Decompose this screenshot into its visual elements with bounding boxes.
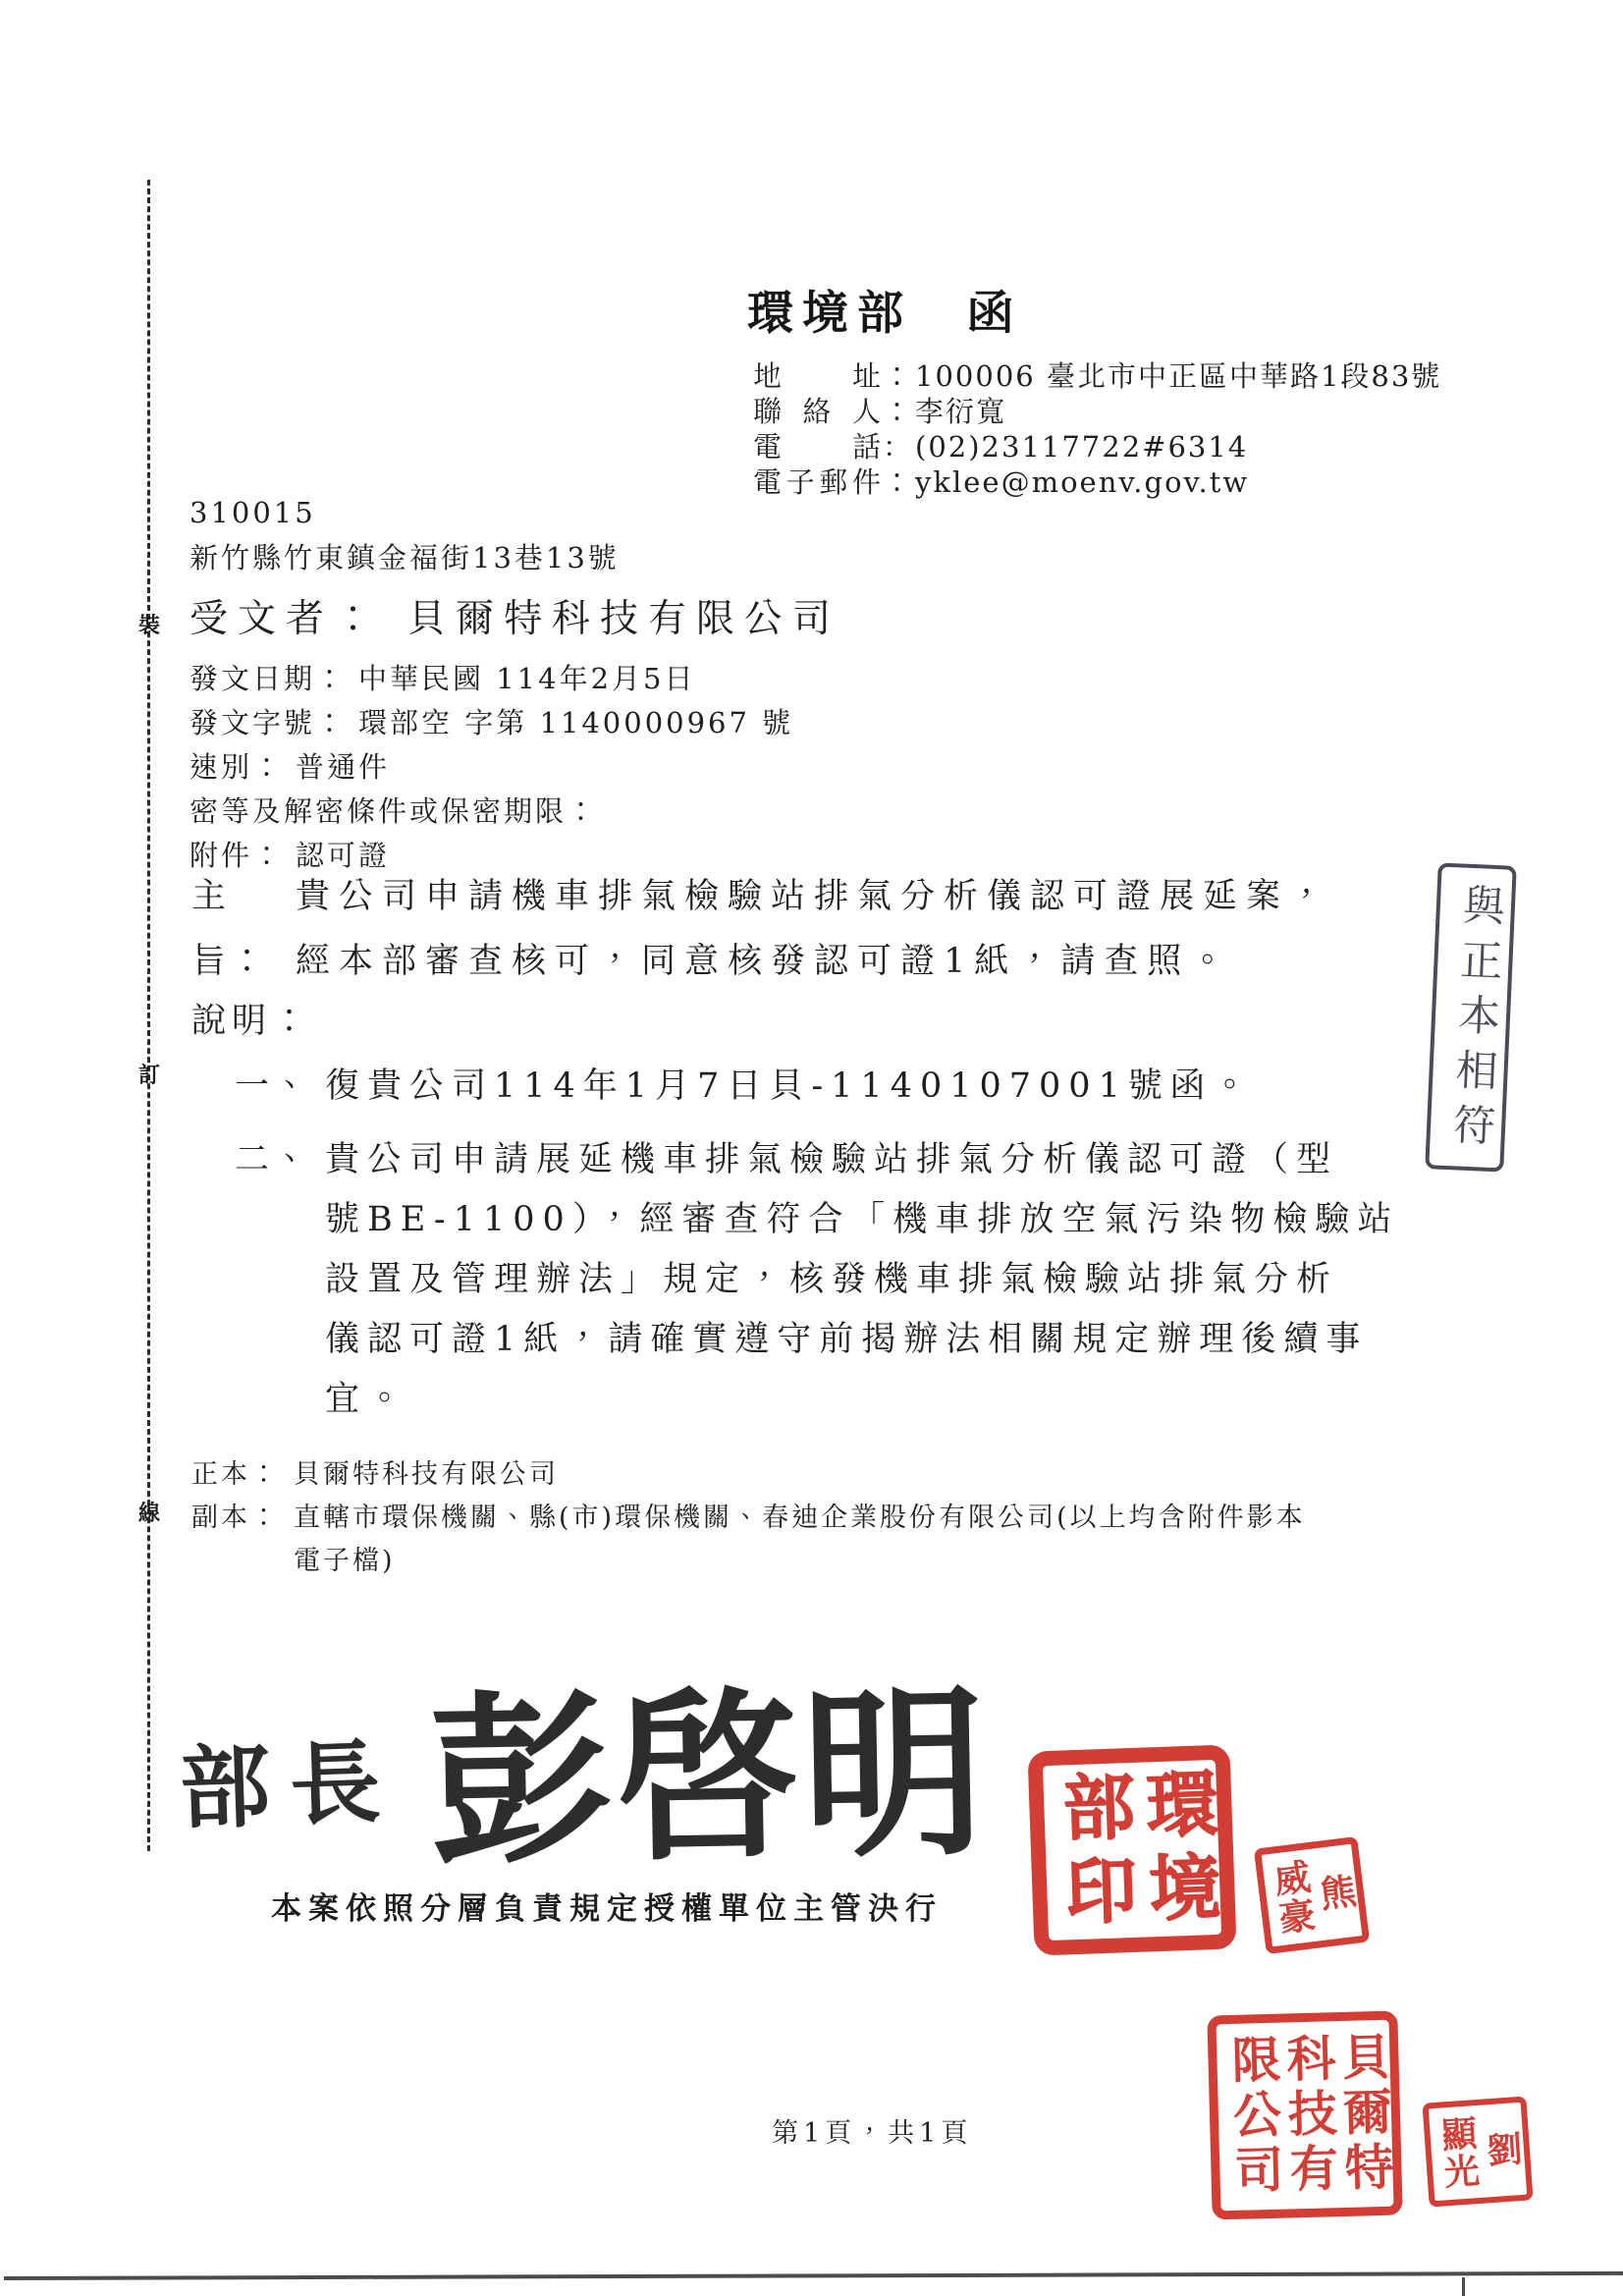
contact-value: yklee@moenv.gov.tw bbox=[915, 465, 1249, 499]
ministry-official-seal: 環境 部印 bbox=[1027, 1744, 1236, 1955]
recipient-postal-code: 310015 bbox=[189, 496, 840, 529]
subject-line: 貴公司申請機車排氣檢驗站排氣分析儀認可證展延案， bbox=[296, 864, 1332, 929]
subject-text: 貴公司申請機車排氣檢驗站排氣分析儀認可證展延案， 經本部審查核可，同意核發認可證… bbox=[296, 864, 1332, 994]
item-line: 儀認可證1紙，請確實遵守前揭辦法相關規定辦理後續事 bbox=[325, 1310, 1399, 1370]
delegation-note: 本案依照分層負責規定授權單位主管決行 bbox=[271, 1884, 943, 1928]
cc-line: 電子檔) bbox=[294, 1540, 1306, 1583]
cc-line: 直轄市環保機關、縣(市)環保機關、春迪企業股份有限公司(以上均含附件影本 bbox=[294, 1497, 1306, 1540]
page-number: 第1頁，共1頁 bbox=[772, 2111, 972, 2150]
meta-label: 速別： bbox=[189, 750, 284, 784]
scan-edge-tick bbox=[1462, 2277, 1465, 2296]
binding-char-ding: 訂 bbox=[132, 1059, 167, 1089]
receiver-name-seal: 劉 顯光 bbox=[1422, 2096, 1533, 2207]
subject-block: 主旨： 貴公司申請機車排氣檢驗站排氣分析儀認可證展延案， 經本部審查核可，同意核… bbox=[191, 864, 1332, 994]
binding-char-zhuang: 裝 bbox=[132, 609, 167, 639]
recipient-label: 受文者： bbox=[189, 597, 382, 641]
company-seal: 貝爾特 科技有 限公司 bbox=[1207, 2010, 1402, 2219]
minister-signature: 部長 彭啓明 bbox=[180, 1632, 989, 1894]
cc-label: 副本： bbox=[191, 1497, 294, 1583]
contact-label: 地址 bbox=[753, 358, 883, 394]
contact-email-row: 電子郵件：yklee@moenv.gov.tw bbox=[753, 465, 1441, 500]
meta-label: 發文日期： bbox=[189, 662, 347, 695]
original-copy-row: 正本： 貝爾特科技有限公司 bbox=[191, 1453, 1306, 1497]
cc-copy-row: 副本： 直轄市環保機關、縣(市)環保機關、春迪企業股份有限公司(以上均含附件影本… bbox=[191, 1497, 1306, 1583]
issue-number-row: 發文字號：環部空 字第 1140000967 號 bbox=[189, 701, 840, 745]
recipient-row: 受文者：貝爾特科技有限公司 bbox=[189, 588, 840, 643]
colon: ： bbox=[883, 465, 913, 499]
scan-edge-line bbox=[4, 2271, 1623, 2280]
item-text: 貴公司申請展延機車排氣檢驗站排氣分析儀認可證（型 號BE-1100），經審查符合… bbox=[325, 1130, 1399, 1430]
cc-recipients: 直轄市環保機關、縣(市)環保機關、春迪企業股份有限公司(以上均含附件影本 電子檔… bbox=[294, 1497, 1306, 1583]
examiner-name-seal: 熊 威豪 bbox=[1254, 1836, 1370, 1954]
recipient-name: 貝爾特科技有限公司 bbox=[407, 597, 840, 641]
item-number: 一、 bbox=[235, 1057, 325, 1117]
item-line: 復貴公司114年1月7日貝-1140107001號函。 bbox=[325, 1057, 1255, 1117]
certified-true-copy-stamp: 與正本相符 bbox=[1425, 862, 1517, 1172]
item-line: 設置及管理辦法」規定，核發機車排氣檢驗站排氣分析 bbox=[325, 1250, 1399, 1310]
meta-label: 發文字號： bbox=[189, 706, 347, 739]
meta-value: 中華民國 114年2月5日 bbox=[358, 662, 695, 695]
contact-value: (02)23117722#6314 bbox=[915, 430, 1248, 464]
contact-value: 李衍寬 bbox=[915, 395, 1006, 428]
item-line: 貴公司申請展延機車排氣檢驗站排氣分析儀認可證（型 bbox=[325, 1130, 1399, 1190]
copies-block: 正本： 貝爾特科技有限公司 副本： 直轄市環保機關、縣(市)環保機關、春迪企業股… bbox=[191, 1453, 1306, 1583]
priority-row: 速別：普通件 bbox=[189, 745, 840, 790]
contact-label: 電話 bbox=[753, 429, 883, 465]
contact-person-row: 聯絡人：李衍寬 bbox=[753, 394, 1441, 429]
item-line: 號BE-1100），經審查符合「機車排放空氣污染物檢驗站 bbox=[325, 1190, 1399, 1250]
binding-dashed-line bbox=[147, 180, 150, 1851]
contact-label: 聯絡人 bbox=[753, 394, 883, 429]
original-label: 正本： bbox=[191, 1453, 294, 1497]
contact-value: 100006 臺北市中正區中華路1段83號 bbox=[915, 359, 1441, 393]
subject-line: 經本部審查核可，同意核發認可證1紙，請查照。 bbox=[296, 929, 1332, 994]
document-meta: 發文日期：中華民國 114年2月5日 發文字號：環部空 字第 114000096… bbox=[189, 657, 840, 878]
contact-phone-row: 電話：(02)23117722#6314 bbox=[753, 429, 1441, 465]
item-text: 復貴公司114年1月7日貝-1140107001號函。 bbox=[325, 1057, 1255, 1117]
document-title: 環境部 函 bbox=[747, 277, 1441, 343]
explanation-heading: 說明： bbox=[191, 1000, 1399, 1043]
agency-contact-block: 地址：100006 臺北市中正區中華路1段83號 聯絡人：李衍寬 電話：(02)… bbox=[753, 358, 1441, 500]
contact-label: 電子郵件 bbox=[753, 465, 883, 500]
scanned-official-letter: 裝 訂 線 環境部 函 地址：100006 臺北市中正區中華路1段83號 聯絡人… bbox=[0, 0, 1623, 2296]
recipient-block: 310015 新竹縣竹東鎮金福街13巷13號 受文者：貝爾特科技有限公司 發文日… bbox=[189, 496, 840, 878]
colon: ： bbox=[883, 430, 913, 464]
letter-header: 環境部 函 地址：100006 臺北市中正區中華路1段83號 聯絡人：李衍寬 電… bbox=[731, 277, 1441, 500]
meta-label: 密等及解密條件或保密期限： bbox=[189, 794, 598, 828]
original-recipient: 貝爾特科技有限公司 bbox=[294, 1453, 559, 1497]
colon: ： bbox=[883, 359, 913, 393]
subject-label: 主旨： bbox=[191, 864, 296, 994]
meta-value: 環部空 字第 1140000967 號 bbox=[358, 706, 793, 739]
explanation-block: 說明： 一、 復貴公司114年1月7日貝-1140107001號函。 二、 貴公… bbox=[191, 1000, 1399, 1430]
item-number: 二、 bbox=[235, 1130, 325, 1430]
explanation-item-1: 一、 復貴公司114年1月7日貝-1140107001號函。 bbox=[235, 1057, 1399, 1117]
recipient-address: 新竹縣竹東鎮金福街13巷13號 bbox=[189, 536, 840, 576]
minister-title: 部長 bbox=[178, 1710, 402, 1847]
minister-name-calligraphy: 彭啓明 bbox=[427, 1627, 992, 1899]
classification-row: 密等及解密條件或保密期限： bbox=[189, 790, 840, 834]
colon: ： bbox=[883, 395, 913, 428]
issue-date-row: 發文日期：中華民國 114年2月5日 bbox=[189, 657, 840, 701]
contact-address-row: 地址：100006 臺北市中正區中華路1段83號 bbox=[753, 358, 1441, 394]
explanation-item-2: 二、 貴公司申請展延機車排氣檢驗站排氣分析儀認可證（型 號BE-1100），經審… bbox=[235, 1130, 1399, 1430]
binding-char-xian: 線 bbox=[132, 1497, 167, 1527]
meta-value: 普通件 bbox=[296, 750, 390, 784]
item-line: 宜。 bbox=[325, 1370, 1399, 1430]
